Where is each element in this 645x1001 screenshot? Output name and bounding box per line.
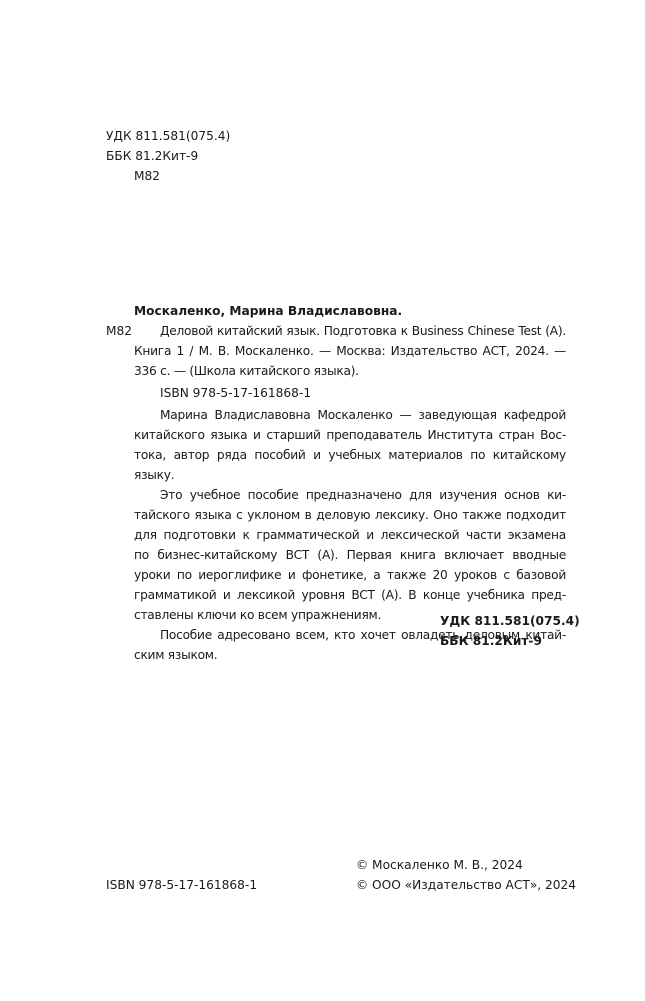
annotation-line: Марина Владиславовна Москаленко — заведу… xyxy=(134,405,566,425)
entry-author-sign: М82 xyxy=(106,321,132,341)
annotation-paragraph-1: Марина Владиславовна Москаленко — заведу… xyxy=(134,405,566,485)
annotation-line: по бизнес-китайскому BCT (A). Первая кни… xyxy=(134,545,566,565)
author-sign: М82 xyxy=(134,166,160,186)
bbk-code: ББК 81.2Кит-9 xyxy=(106,146,198,166)
annotation-line: тайского языка с уклоном в деловую лекси… xyxy=(134,505,566,525)
annotation-line: языку. xyxy=(134,465,566,485)
annotation-line: китайского языка и старший преподаватель… xyxy=(134,425,566,445)
annotation-line: грамматикой и лексикой уровня BCT (A). В… xyxy=(134,585,566,605)
description-line: 336 с. — (Школа китайского языка). xyxy=(134,361,566,381)
annotation-paragraph-2: Это учебное пособие предназначено для из… xyxy=(134,485,566,625)
bibliographic-description: Деловой китайский язык. Подготовка к Bus… xyxy=(134,321,566,381)
annotation-line: тока, автор ряда пособий и учебных матер… xyxy=(134,445,566,465)
annotation-line: Это учебное пособие предназначено для из… xyxy=(134,485,566,505)
author-heading: Москаленко, Марина Владиславовна. xyxy=(134,301,402,321)
entry-isbn: ISBN 978-5-17-161868-1 xyxy=(160,383,311,403)
annotation-line: для подготовки к грамматической и лексич… xyxy=(134,525,566,545)
description-line: Деловой китайский язык. Подготовка к Bus… xyxy=(134,321,566,341)
copyright-publisher: © ООО «Издательство АСТ», 2024 xyxy=(356,875,576,895)
footer-bbk-code: ББК 81.2Кит-9 xyxy=(440,631,542,651)
footer-udk-code: УДК 811.581(075.4) xyxy=(440,611,580,631)
annotation-line: уроки по иероглифике и фонетике, а также… xyxy=(134,565,566,585)
description-line: Книга 1 / М. В. Москаленко. — Москва: Из… xyxy=(134,341,566,361)
udk-code: УДК 811.581(075.4) xyxy=(106,126,230,146)
imprint-isbn: ISBN 978-5-17-161868-1 xyxy=(106,875,257,895)
copyright-author: © Москаленко М. В., 2024 xyxy=(356,855,523,875)
